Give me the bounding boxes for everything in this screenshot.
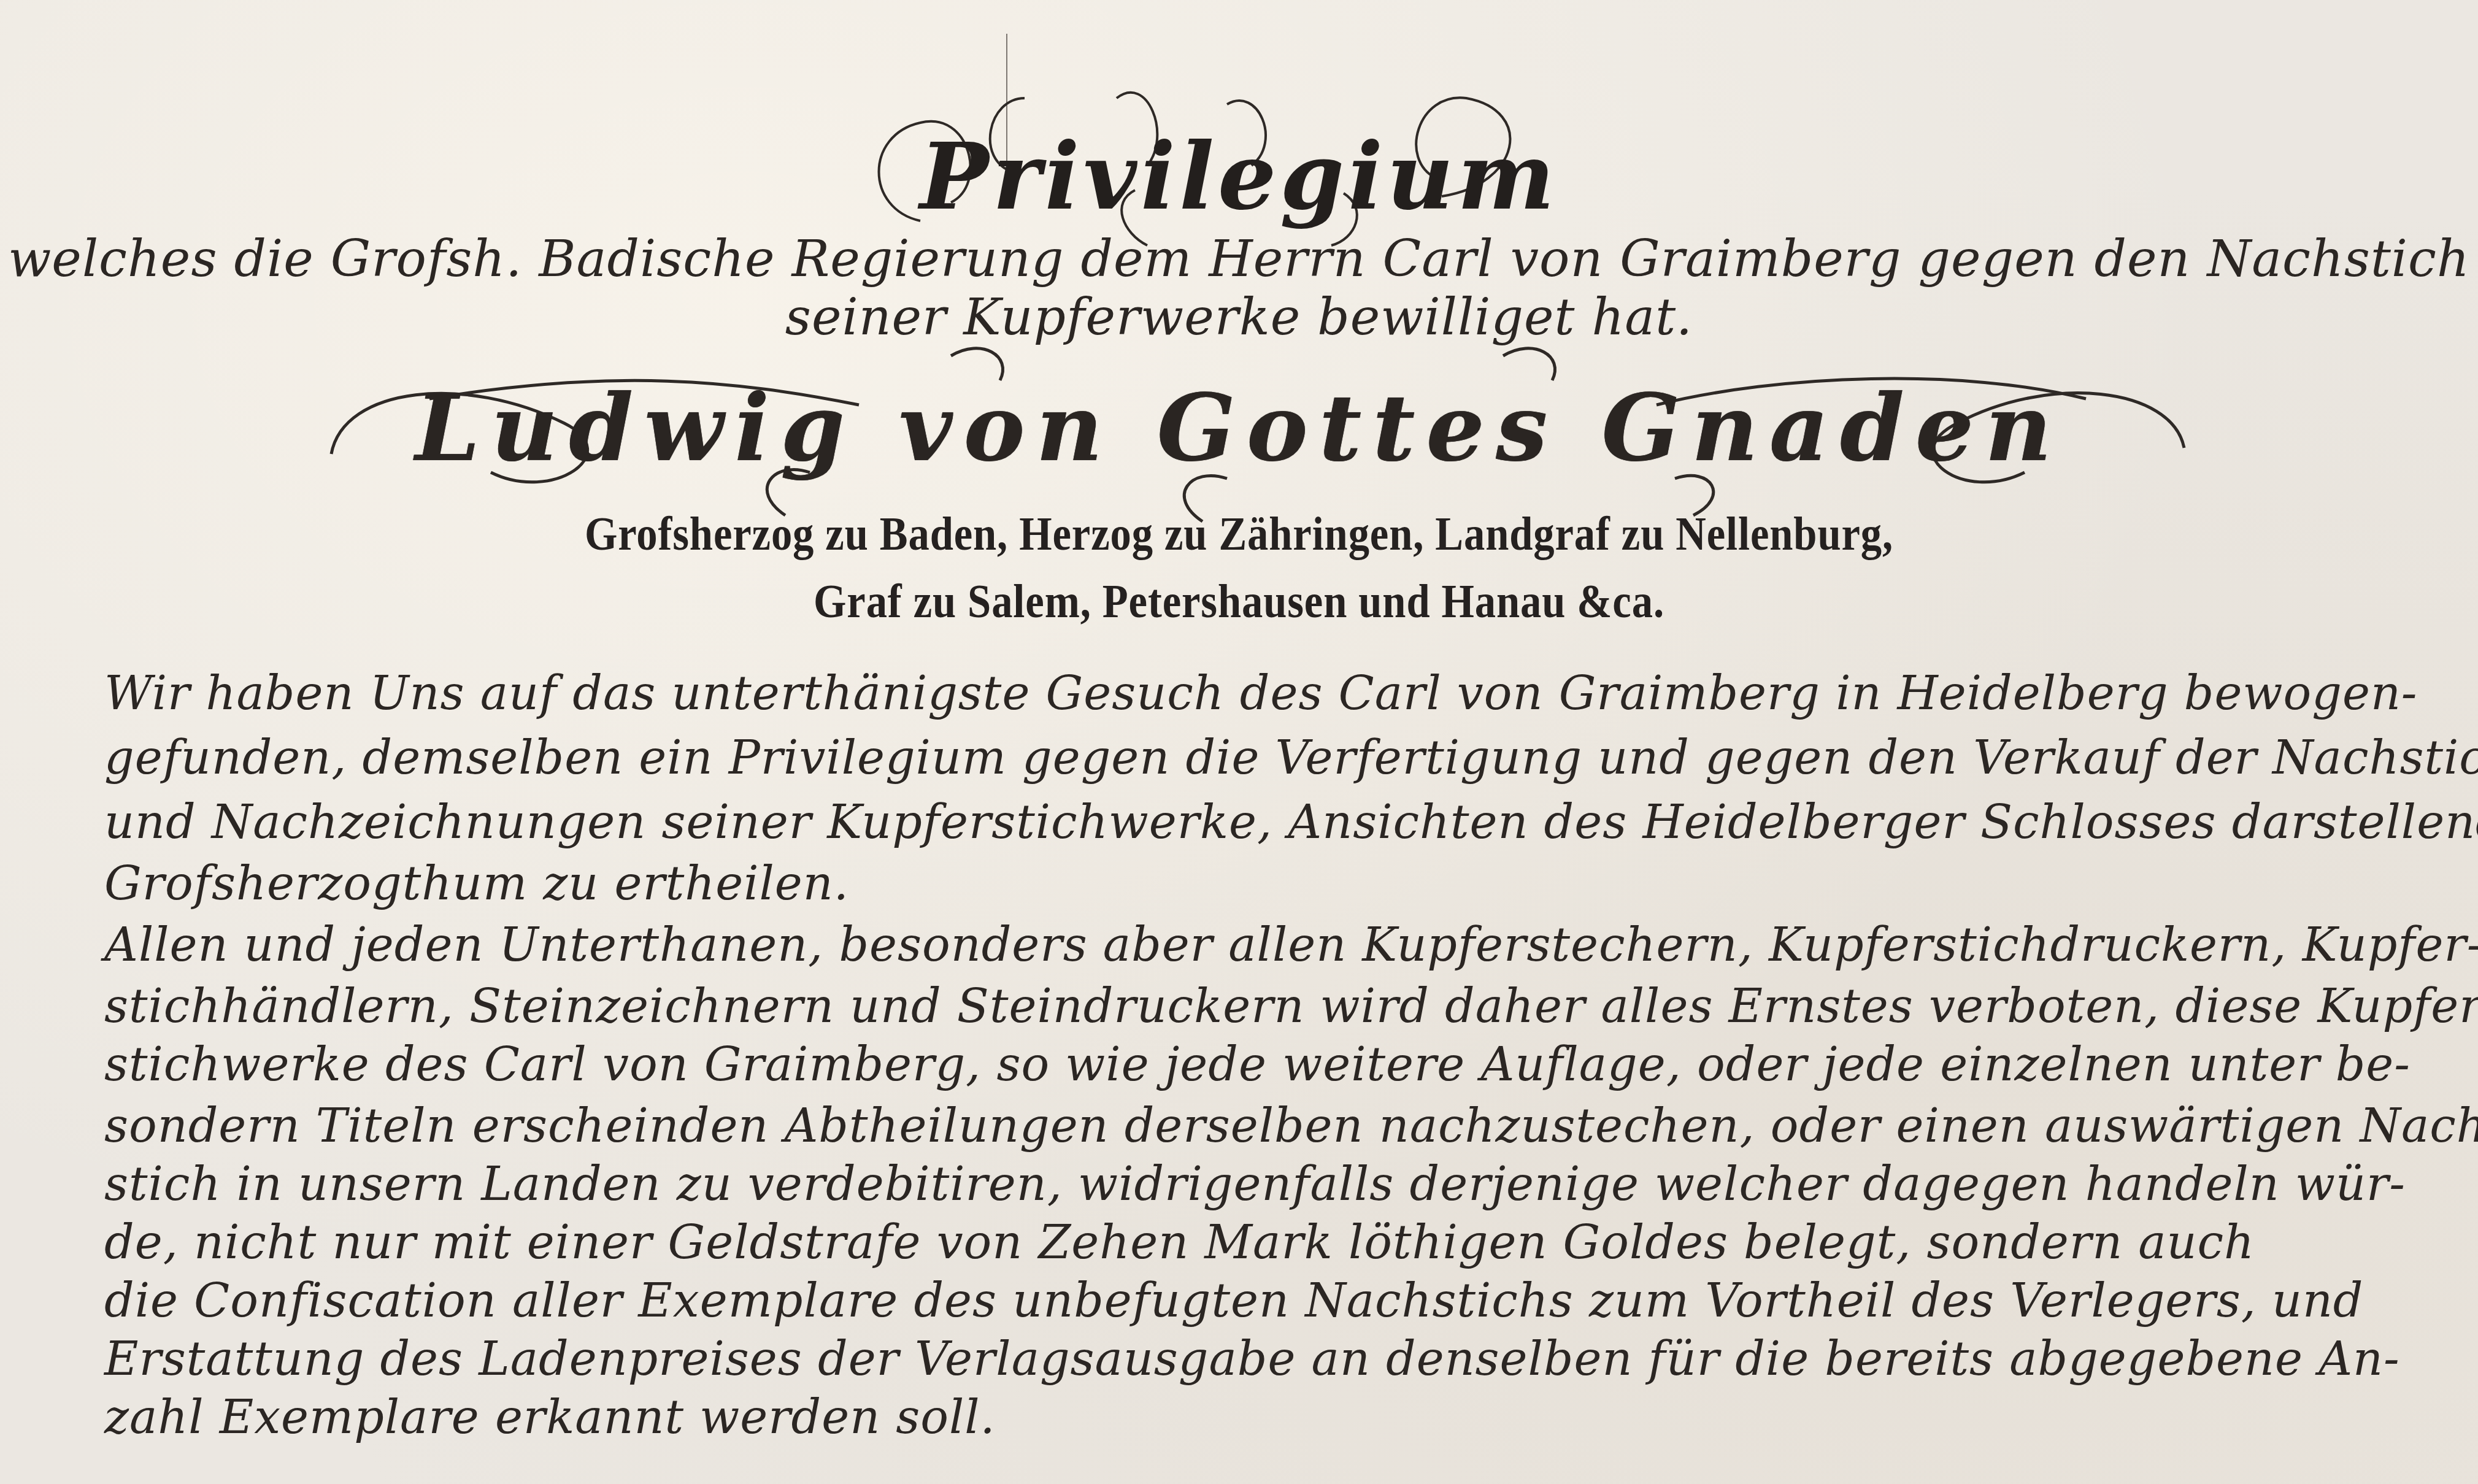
body-line: Grofsherzogthum zu ertheilen. (104, 856, 2387, 910)
body-line: sondern Titeln erscheinden Abtheilungen … (104, 1098, 2387, 1153)
body-line: Erstattung des Ladenpreises der Verlagsa… (104, 1331, 2387, 1386)
privilege-document: Privilegium welches die Grofsh. Badische… (0, 0, 2478, 1484)
subtitle-line-2: seiner Kupferwerke bewilliget hat. (0, 288, 2478, 347)
body-line: die Confiscation aller Exemplare des unb… (104, 1273, 2387, 1328)
body-line: de, nicht nur mit einer Geldstrafe von Z… (104, 1215, 2387, 1269)
titles-line-2: Graf zu Salem, Petershausen und Hanau &c… (148, 574, 2329, 629)
document-title: Privilegium (0, 123, 2478, 231)
subtitle-line-1: welches die Grofsh. Badische Regierung d… (0, 230, 2478, 288)
body-line: und Nachzeichnungen seiner Kupferstichwe… (104, 794, 2387, 849)
body-line: zahl Exemplare erkannt werden soll. (104, 1390, 2387, 1444)
body-line: gefunden, demselben ein Privilegium gege… (104, 730, 2387, 785)
body-line: stich in unsern Landen zu verdebitiren, … (104, 1156, 2387, 1211)
body-line: stichwerke des Carl von Graimberg, so wi… (104, 1037, 2387, 1091)
titles-line-1: Grofsherzog zu Baden, Herzog zu Zähringe… (148, 506, 2329, 561)
body-line: stichhändlern, Steinzeichnern und Steind… (104, 978, 2387, 1033)
sovereign-heading: Ludwig von Gottes Gnaden (0, 374, 2478, 482)
body-line: Allen und jeden Unterthanen, besonders a… (104, 917, 2387, 972)
body-line: Wir haben Uns auf das unterthänigste Ges… (104, 666, 2387, 720)
